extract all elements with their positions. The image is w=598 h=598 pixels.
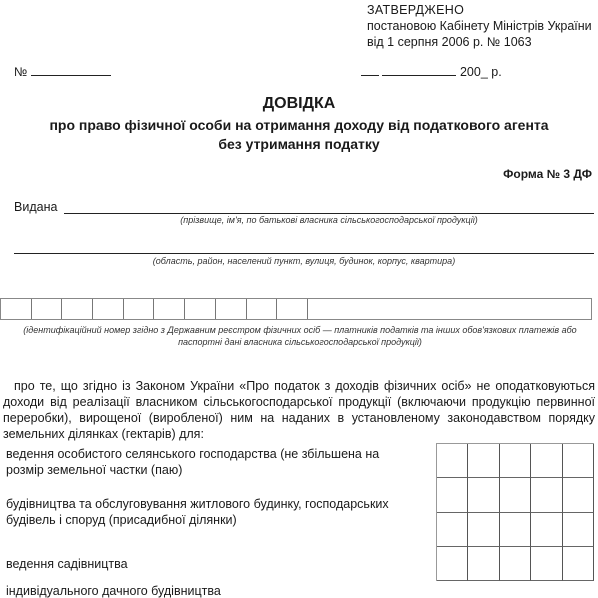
- approval-line-1: постановою Кабінету Міністрів України: [367, 18, 592, 34]
- id-digit-cell[interactable]: [93, 299, 124, 319]
- approval-heading: ЗАТВЕРДЖЕНО: [367, 2, 592, 18]
- purpose-item: ведення садівництва: [6, 556, 416, 572]
- body-paragraph: про те, що згідно із Законом України «Пр…: [3, 378, 595, 442]
- approval-stamp: ЗАТВЕРДЖЕНО постановою Кабінету Міністрі…: [367, 2, 592, 50]
- hectares-grid-cell[interactable]: [468, 478, 499, 512]
- document-number: №: [14, 64, 111, 79]
- document-date: 200_ р.: [361, 64, 502, 79]
- hectares-grid-cell[interactable]: [468, 444, 499, 478]
- owner-name-field[interactable]: [64, 213, 594, 214]
- id-digit-cell[interactable]: [1, 299, 32, 319]
- title-subtitle-2: без утримання податку: [0, 136, 598, 152]
- date-day-field[interactable]: [361, 64, 379, 76]
- page-title: ДОВІДКА: [0, 95, 598, 113]
- hectares-grid: [436, 443, 594, 581]
- hectares-grid-cell[interactable]: [531, 547, 562, 581]
- date-month-field[interactable]: [382, 64, 456, 76]
- hectares-grid-cell[interactable]: [563, 444, 594, 478]
- id-number-hint: (ідентифікаційний номер згідно з Державн…: [4, 324, 596, 348]
- id-digit-cell[interactable]: [216, 299, 247, 319]
- id-digit-cell[interactable]: [32, 299, 63, 319]
- hectares-grid-cell[interactable]: [500, 444, 531, 478]
- address-field[interactable]: [14, 253, 594, 254]
- hectares-grid-cell[interactable]: [531, 513, 562, 547]
- issued-label: Видана: [14, 200, 57, 214]
- hectares-grid-cell[interactable]: [531, 478, 562, 512]
- id-digit-cell[interactable]: [124, 299, 155, 319]
- hectares-grid-cell[interactable]: [437, 444, 468, 478]
- title-subtitle-1: про право фізичної особи на отримання до…: [0, 117, 598, 133]
- passport-data-cell[interactable]: [308, 299, 591, 319]
- form-number: Форма № 3 ДФ: [503, 167, 592, 181]
- hectares-grid-cell[interactable]: [500, 478, 531, 512]
- id-digit-cell[interactable]: [154, 299, 185, 319]
- id-digit-cell[interactable]: [277, 299, 308, 319]
- date-year-suffix: 200_ р.: [460, 65, 502, 79]
- hectares-grid-cell[interactable]: [500, 513, 531, 547]
- hectares-grid-cell[interactable]: [563, 478, 594, 512]
- hectares-grid-cell[interactable]: [563, 513, 594, 547]
- purpose-item: будівництва та обслуговування житлового …: [6, 496, 416, 528]
- hectares-grid-cell[interactable]: [437, 513, 468, 547]
- number-label: №: [14, 65, 27, 79]
- approval-line-2: від 1 серпня 2006 р. № 1063: [367, 34, 592, 50]
- hectares-grid-cell[interactable]: [500, 547, 531, 581]
- hectares-grid-cell[interactable]: [468, 513, 499, 547]
- address-hint: (область, район, населений пункт, вулиця…: [14, 256, 594, 266]
- hectares-grid-cell[interactable]: [563, 547, 594, 581]
- hectares-grid-cell[interactable]: [468, 547, 499, 581]
- id-number-boxes: [0, 298, 592, 320]
- purpose-item: ведення особистого селянського господарс…: [6, 446, 416, 478]
- number-field[interactable]: [31, 64, 111, 76]
- body-text: про те, що згідно із Законом України «Пр…: [3, 378, 595, 442]
- hectares-grid-cell[interactable]: [437, 547, 468, 581]
- owner-name-hint: (прізвище, ім'я, по батькові власника сі…: [64, 215, 594, 225]
- hectares-grid-cell[interactable]: [531, 444, 562, 478]
- id-digit-cell[interactable]: [185, 299, 216, 319]
- id-digit-cell[interactable]: [247, 299, 278, 319]
- hectares-grid-cell[interactable]: [437, 478, 468, 512]
- id-digit-cell[interactable]: [62, 299, 93, 319]
- purpose-item: індивідуального дачного будівництва: [6, 583, 416, 598]
